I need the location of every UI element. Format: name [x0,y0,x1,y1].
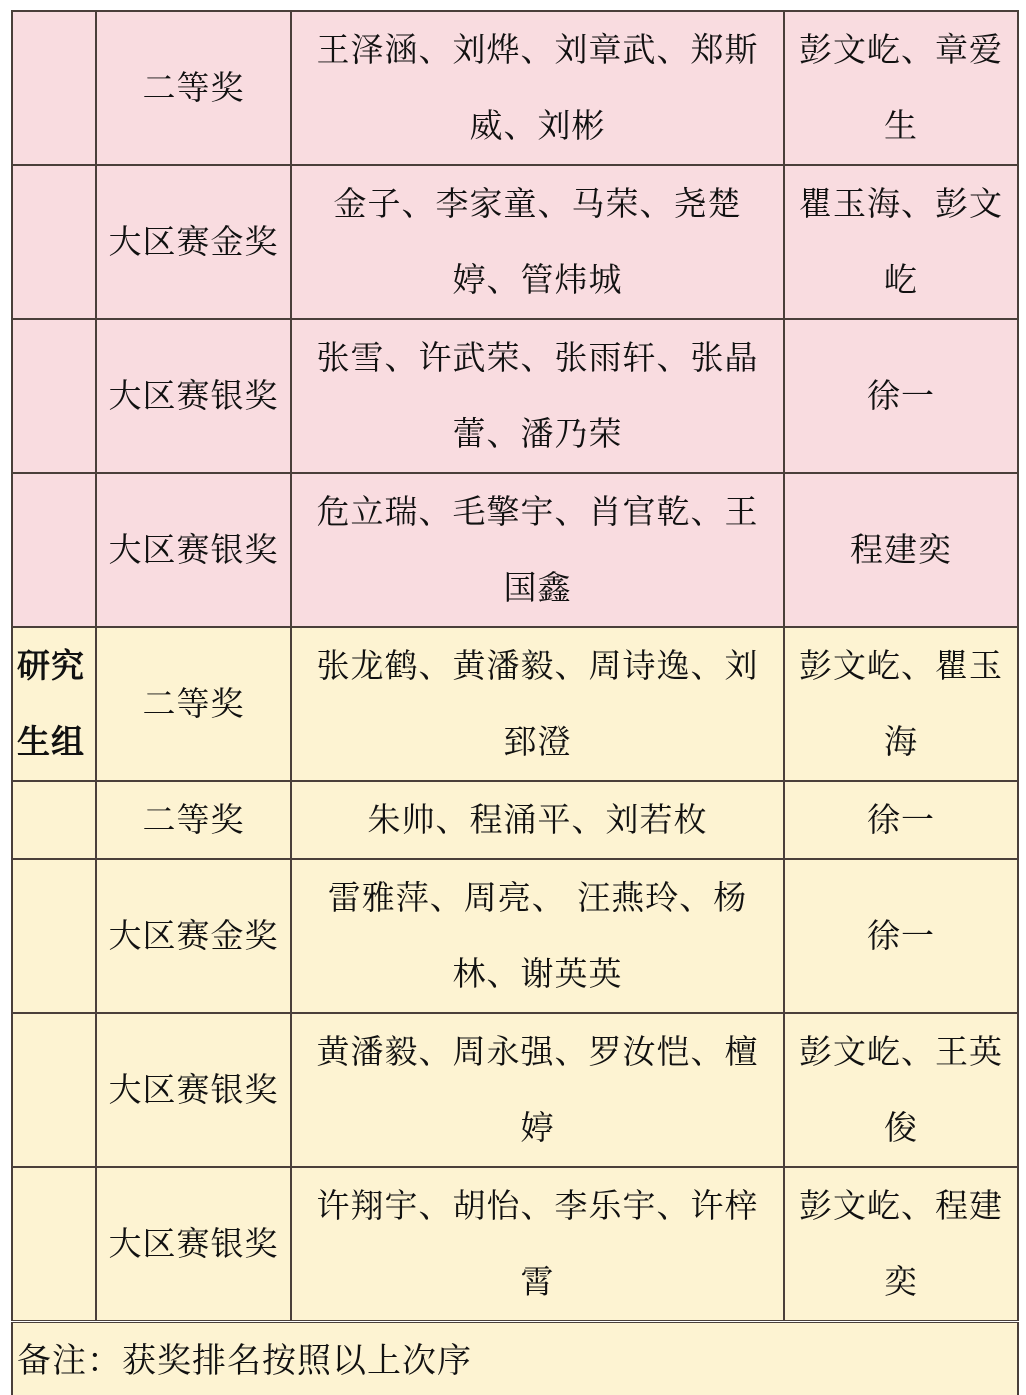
winners-cell: 金子、李家童、马荣、尧楚婷、管炜城 [291,165,784,319]
award-cell: 大区赛银奖 [96,1167,291,1322]
advisor-text: 程建奕 [799,512,1003,588]
table-row: 二等奖 王泽涵、刘烨、刘章武、郑斯威、刘彬 彭文屹、章爱生 [12,11,1018,165]
award-label: 大区赛银奖 [107,512,280,588]
group-cell [12,1013,96,1167]
group-cell: 研究生组 [12,627,96,781]
advisor-cell: 徐一 [784,781,1018,859]
group-label: 研究生组 [17,628,95,780]
award-list-table: 二等奖 王泽涵、刘烨、刘章武、郑斯威、刘彬 彭文屹、章爱生 大区赛金奖 金子、李… [11,10,1019,1395]
award-cell: 大区赛银奖 [96,1013,291,1167]
winners-cell: 王泽涵、刘烨、刘章武、郑斯威、刘彬 [291,11,784,165]
winners-cell: 黄潘毅、周永强、罗汝恺、檀婷 [291,1013,784,1167]
winners-cell: 张雪、许武荣、张雨轩、张晶蕾、潘乃荣 [291,319,784,473]
award-cell: 大区赛银奖 [96,473,291,627]
winners-cell: 雷雅萍、周亮、 汪燕玲、杨林、谢英英 [291,859,784,1013]
group-cell [12,11,96,165]
table-row: 大区赛银奖 危立瑞、毛擎宇、肖官乾、王国鑫 程建奕 [12,473,1018,627]
note-row: 备注：获奖排名按照以上次序 [12,1322,1018,1395]
winners-text: 朱帅、程涌平、刘若枚 [302,782,773,858]
award-label: 二等奖 [107,782,280,858]
winners-text: 雷雅萍、周亮、 汪燕玲、杨林、谢英英 [302,860,773,1012]
award-cell: 二等奖 [96,781,291,859]
advisor-cell: 瞿玉海、彭文屹 [784,165,1018,319]
advisor-text: 瞿玉海、彭文屹 [799,166,1003,318]
table-row: 大区赛金奖 金子、李家童、马荣、尧楚婷、管炜城 瞿玉海、彭文屹 [12,165,1018,319]
award-cell: 大区赛金奖 [96,165,291,319]
table-row: 大区赛金奖 雷雅萍、周亮、 汪燕玲、杨林、谢英英 徐一 [12,859,1018,1013]
table-row: 研究生组 二等奖 张龙鹤、黄潘毅、周诗逸、刘郅澄 彭文屹、瞿玉海 [12,627,1018,781]
group-cell [12,319,96,473]
advisor-cell: 程建奕 [784,473,1018,627]
winners-text: 危立瑞、毛擎宇、肖官乾、王国鑫 [302,474,773,626]
award-label: 大区赛银奖 [107,1206,280,1282]
award-label: 大区赛银奖 [107,358,280,434]
winners-text: 黄潘毅、周永强、罗汝恺、檀婷 [302,1014,773,1166]
award-label: 二等奖 [107,666,280,742]
advisor-text: 徐一 [799,782,1003,858]
award-label: 大区赛银奖 [107,1052,280,1128]
table-row: 二等奖 朱帅、程涌平、刘若枚 徐一 [12,781,1018,859]
award-label: 大区赛金奖 [107,204,280,280]
advisor-cell: 徐一 [784,319,1018,473]
winners-cell: 危立瑞、毛擎宇、肖官乾、王国鑫 [291,473,784,627]
advisor-text: 徐一 [799,898,1003,974]
winners-text: 王泽涵、刘烨、刘章武、郑斯威、刘彬 [302,12,773,164]
winners-text: 金子、李家童、马荣、尧楚婷、管炜城 [302,166,773,318]
award-label: 大区赛金奖 [107,898,280,974]
winners-text: 许翔宇、胡怡、李乐宇、许梓霄 [302,1168,773,1320]
group-cell [12,781,96,859]
award-label: 二等奖 [107,50,280,126]
advisor-text: 彭文屹、程建奕 [799,1168,1003,1320]
table-row: 大区赛银奖 张雪、许武荣、张雨轩、张晶蕾、潘乃荣 徐一 [12,319,1018,473]
note-text: 备注：获奖排名按照以上次序 [12,1322,1018,1395]
advisor-text: 彭文屹、章爱生 [799,12,1003,164]
winners-text: 张龙鹤、黄潘毅、周诗逸、刘郅澄 [302,628,773,780]
advisor-cell: 彭文屹、瞿玉海 [784,627,1018,781]
award-cell: 大区赛金奖 [96,859,291,1013]
advisor-cell: 彭文屹、章爱生 [784,11,1018,165]
winners-cell: 许翔宇、胡怡、李乐宇、许梓霄 [291,1167,784,1322]
advisor-cell: 彭文屹、程建奕 [784,1167,1018,1322]
advisor-text: 徐一 [799,358,1003,434]
advisor-text: 彭文屹、王英俊 [799,1014,1003,1166]
group-cell [12,165,96,319]
group-cell [12,859,96,1013]
advisor-text: 彭文屹、瞿玉海 [799,628,1003,780]
winners-cell: 朱帅、程涌平、刘若枚 [291,781,784,859]
table-row: 大区赛银奖 许翔宇、胡怡、李乐宇、许梓霄 彭文屹、程建奕 [12,1167,1018,1322]
group-cell [12,473,96,627]
award-cell: 二等奖 [96,627,291,781]
award-cell: 大区赛银奖 [96,319,291,473]
winners-cell: 张龙鹤、黄潘毅、周诗逸、刘郅澄 [291,627,784,781]
award-cell: 二等奖 [96,11,291,165]
group-cell [12,1167,96,1322]
table-row: 大区赛银奖 黄潘毅、周永强、罗汝恺、檀婷 彭文屹、王英俊 [12,1013,1018,1167]
advisor-cell: 彭文屹、王英俊 [784,1013,1018,1167]
winners-text: 张雪、许武荣、张雨轩、张晶蕾、潘乃荣 [302,320,773,472]
advisor-cell: 徐一 [784,859,1018,1013]
